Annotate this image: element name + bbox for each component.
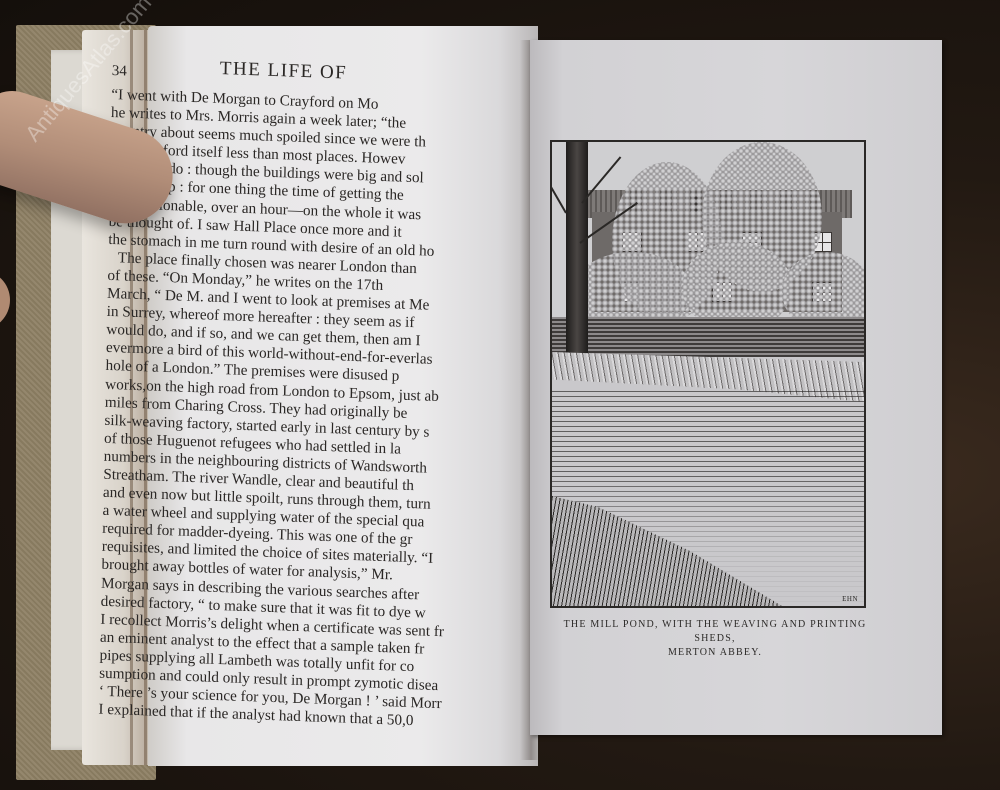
page-number: 34: [112, 62, 127, 81]
caption-line-2: MERTON ABBEY.: [550, 646, 880, 660]
caption-line-1: THE MILL POND, WITH THE WEAVING AND PRIN…: [550, 618, 880, 646]
illustration-far-water: [552, 317, 864, 357]
illustration-willow-trunk: [566, 142, 588, 372]
artist-monogram: EHN: [842, 595, 858, 603]
illustration-plate: EHN: [550, 140, 866, 608]
plate-caption: THE MILL POND, WITH THE WEAVING AND PRIN…: [550, 618, 880, 660]
running-head-title: THE LIFE OF: [220, 60, 348, 83]
right-page: EHN THE MILL POND, WITH THE WEAVING AND …: [530, 40, 942, 735]
